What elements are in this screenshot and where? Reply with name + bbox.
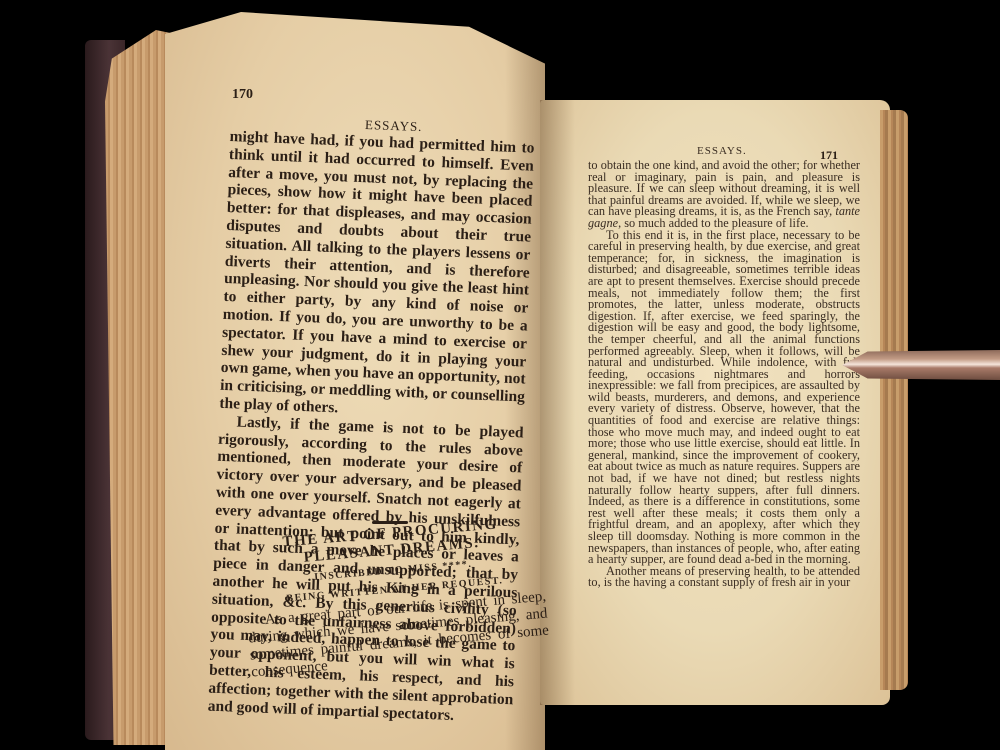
essay-title-block: THE ART OF PROCURING PLEASANT DREAMS. IN… (240, 513, 551, 682)
letter-opener-blade (842, 350, 1000, 380)
paragraph: might have had, if you had permitted him… (219, 128, 535, 424)
left-running-head: ESSAYS. (365, 117, 423, 135)
right-running-head: ESSAYS. (697, 145, 747, 157)
paragraph: To this end it is, in the first place, n… (588, 230, 860, 566)
paragraph: to obtain the one kind, and avoid the ot… (588, 160, 860, 230)
paragraph: Another means of preserving health, to b… (588, 566, 860, 589)
page-edges-right (880, 110, 908, 690)
left-page-number: 170 (232, 87, 253, 103)
right-page-text: to obtain the one kind, and avoid the ot… (588, 160, 860, 589)
